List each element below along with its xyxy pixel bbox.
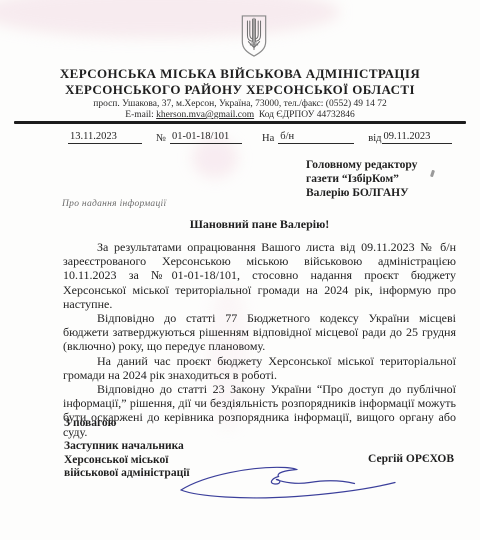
recipient-line: газети “ІзбірКом”	[306, 173, 417, 187]
letter-number: 01-01-18/101	[170, 131, 242, 144]
reply-date-label: від	[368, 133, 381, 144]
closing-phrase: З повагою	[64, 417, 116, 429]
org-address: просп. Ушакова, 37, м.Херсон, Україна, 7…	[0, 99, 480, 109]
signer-title-line: Херсонської міської	[64, 454, 190, 468]
ukraine-trident-shield-icon	[240, 14, 268, 58]
reference-row: 13.11.2023 № 01-01-18/101 На б/н від 09.…	[68, 131, 460, 144]
edrpou-code: Код ЄДРПОУ 44732846	[259, 110, 355, 120]
email-address: kherson.mva@gmail.com	[156, 110, 254, 120]
signer-title-line: військової адміністрації	[64, 467, 190, 481]
scan-speck	[430, 170, 435, 178]
body-paragraph: Відповідно до статті 23 Закону України “…	[63, 382, 456, 439]
reply-date: 09.11.2023	[382, 131, 452, 144]
letter-date: 13.11.2023	[68, 131, 142, 144]
recipient-block: Головному редактору газети “ІзбірКом” Ва…	[306, 159, 417, 200]
signer-title: Заступник начальника Херсонської міської…	[64, 440, 190, 481]
body-paragraph: На даний час проєкт бюджету Херсонської …	[63, 354, 456, 382]
body-paragraph: За результатами опрацювання Вашого листа…	[63, 240, 456, 311]
scan-smudge	[0, 0, 340, 38]
letterhead-divider	[14, 121, 466, 124]
reply-number: б/н	[278, 131, 354, 144]
scanned-letter-page: ХЕРСОНСЬКА МІСЬКА ВІЙСЬКОВА АДМІНІСТРАЦІ…	[0, 0, 480, 540]
recipient-line: Валерію БОЛГАНУ	[306, 187, 417, 201]
letter-body: За результатами опрацювання Вашого листа…	[63, 240, 456, 439]
signer-title-line: Заступник начальника	[64, 440, 190, 454]
scan-smudge	[192, 138, 238, 178]
recipient-line: Головному редактору	[306, 159, 417, 173]
org-contact-line: E-mail: kherson.mva@gmail.com Код ЄДРПОУ…	[0, 110, 480, 120]
handwritten-signature	[177, 463, 399, 505]
org-name-line2: ХЕРСОНСЬКОГО РАЙОНУ ХЕРСОНСЬКОЇ ОБЛАСТІ	[0, 82, 480, 98]
subject-line: Про надання інформації	[62, 199, 166, 209]
org-name-line1: ХЕРСОНСЬКА МІСЬКА ВІЙСЬКОВА АДМІНІСТРАЦІ…	[0, 66, 480, 82]
email-label: E-mail:	[125, 110, 154, 120]
reply-label: На	[262, 133, 274, 144]
body-paragraph: Відповідно до статті 77 Бюджетного кодек…	[63, 311, 456, 354]
number-label: №	[156, 133, 166, 144]
salutation: Шановний пане Валерію!	[63, 217, 456, 232]
